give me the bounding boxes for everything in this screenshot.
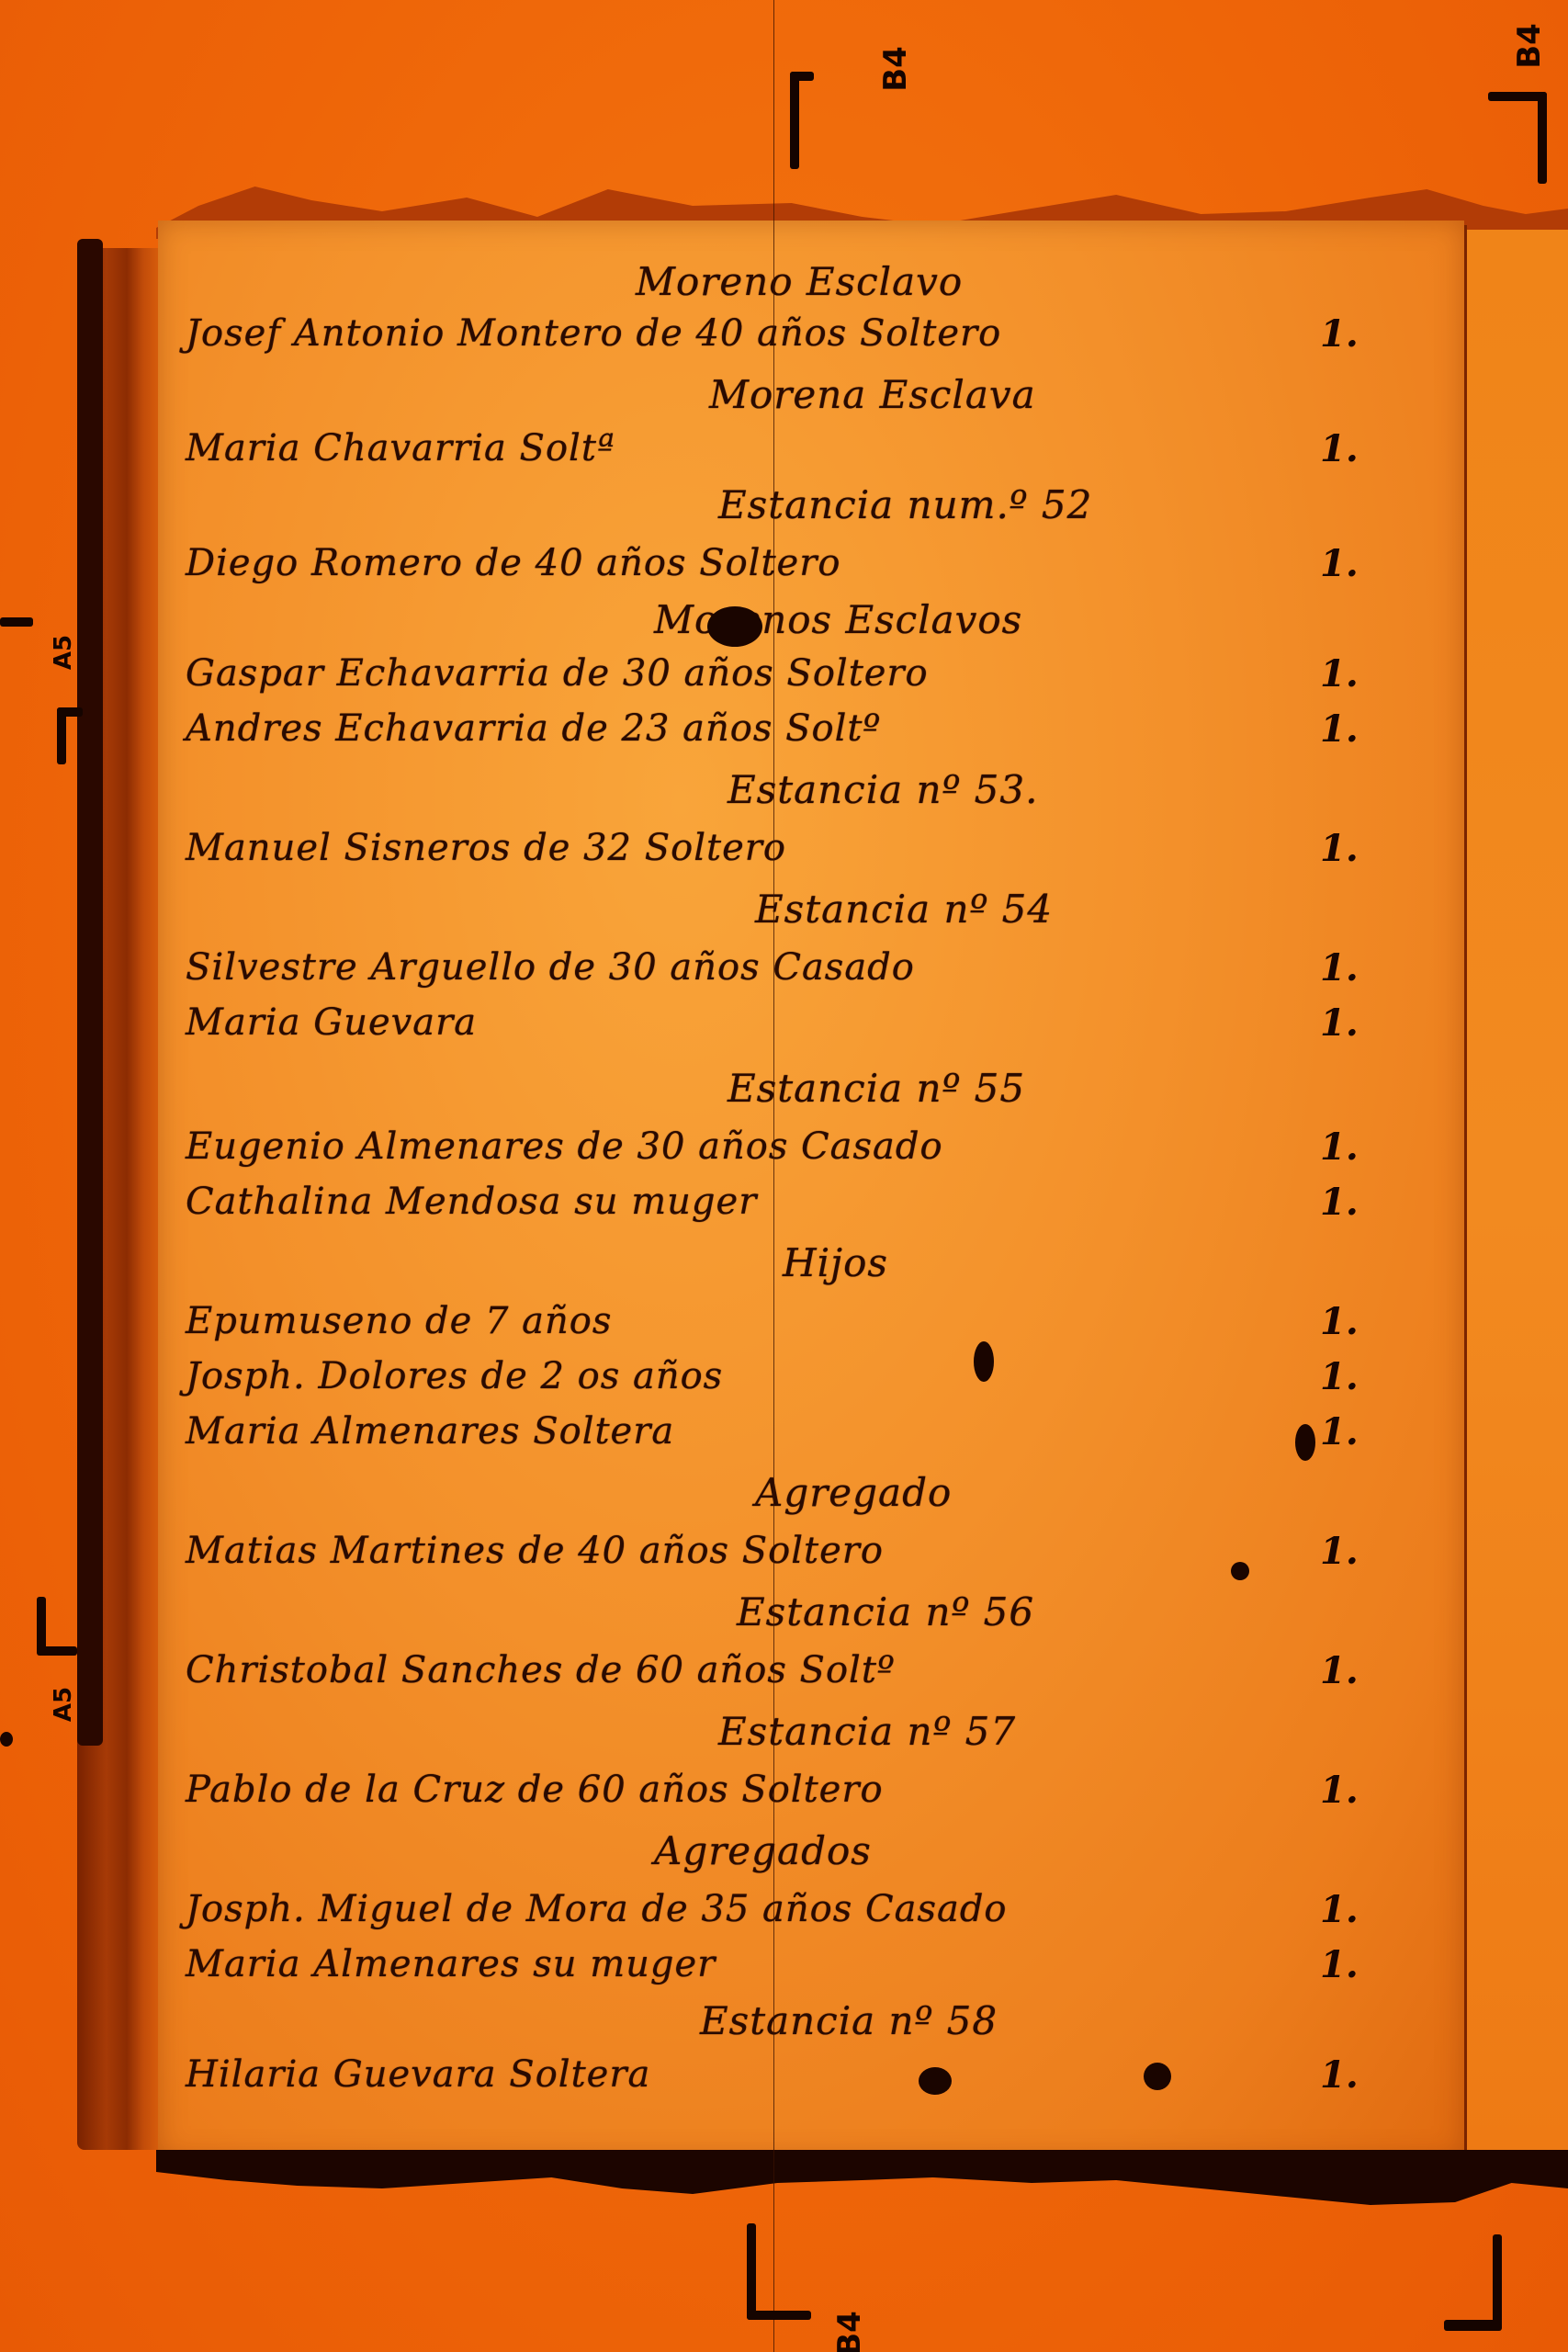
- census-entry: Epumuseno de 7 años: [186, 1300, 612, 1342]
- crop-mark: [57, 707, 66, 764]
- entry-count: 1.: [1320, 827, 1359, 870]
- entry-count: 1.: [1320, 1888, 1359, 1931]
- census-entry: Josph. Dolores de 2 os años: [186, 1355, 723, 1397]
- ink-blot: [974, 1341, 994, 1382]
- crop-mark: [37, 1597, 46, 1654]
- census-entry: Silvestre Arguello de 30 años Casado: [186, 946, 915, 989]
- frame-label-top-center: B4: [877, 46, 914, 92]
- section-heading: Estancia nº 57: [718, 1709, 1016, 1754]
- frame-label-left-upper: A5: [50, 635, 77, 670]
- census-entry: Christobal Sanches de 60 años Soltº: [186, 1649, 896, 1691]
- section-heading: Estancia nº 54: [755, 887, 1053, 932]
- frame-label-top-right: B4: [1511, 23, 1548, 69]
- census-entry: Andres Echavarria de 23 años Soltº: [186, 707, 881, 750]
- adjacent-page-edge: [1466, 230, 1568, 2159]
- census-entry: Eugenio Almenares de 30 años Casado: [186, 1125, 943, 1168]
- entry-count: 1.: [1320, 1355, 1359, 1398]
- census-entry: Matias Martines de 40 años Soltero: [186, 1530, 884, 1572]
- crop-mark: [37, 1646, 77, 1656]
- crop-mark: [1444, 2320, 1501, 2331]
- section-heading: Agregado: [755, 1470, 952, 1515]
- crop-mark: [747, 2311, 811, 2320]
- scan-center-line: [773, 0, 774, 2352]
- entry-count: 1.: [1320, 1649, 1359, 1692]
- entry-count: 1.: [1320, 946, 1359, 989]
- entry-count: 1.: [1320, 1300, 1359, 1343]
- entry-count: 1.: [1320, 427, 1359, 470]
- census-entry: Gaspar Echavarria de 30 años Soltero: [186, 652, 929, 695]
- section-heading: Estancia nº 55: [728, 1066, 1025, 1111]
- census-entry: Maria Almenares Soltera: [186, 1410, 674, 1453]
- crop-mark: [0, 617, 33, 627]
- entry-count: 1.: [1320, 1530, 1359, 1573]
- section-heading: Morena Esclava: [709, 372, 1036, 417]
- scanned-manuscript: Moreno EsclavoJosef Antonio Montero de 4…: [0, 0, 1568, 2352]
- entry-count: 1.: [1320, 1769, 1359, 1812]
- entry-count: 1.: [1320, 2053, 1359, 2097]
- section-heading: Moreno Esclavo: [636, 259, 963, 304]
- entry-count: 1.: [1320, 1181, 1359, 1224]
- section-heading: Estancia num.º 52: [718, 482, 1092, 527]
- section-heading: Hijos: [783, 1240, 888, 1285]
- entry-count: 1.: [1320, 542, 1359, 585]
- crop-mark: [747, 2223, 756, 2320]
- census-entry: Diego Romero de 40 años Soltero: [186, 542, 840, 584]
- entry-count: 1.: [1320, 1410, 1359, 1453]
- entry-count: 1.: [1320, 312, 1359, 356]
- section-heading: Estancia nº 58: [700, 1998, 998, 2043]
- census-entry: Maria Almenares su muger: [186, 1943, 716, 1985]
- census-entry: Manuel Sisneros de 32 Soltero: [186, 827, 786, 869]
- census-entry: Josph. Miguel de Mora de 35 años Casado: [186, 1888, 1008, 1930]
- section-heading: Agregados: [654, 1828, 872, 1873]
- entry-count: 1.: [1320, 1125, 1359, 1169]
- binding-shadow: [77, 239, 103, 1746]
- entry-count: 1.: [1320, 707, 1359, 751]
- ink-blot: [919, 2067, 952, 2095]
- crop-mark: [1538, 92, 1547, 184]
- census-entry: Hilaria Guevara Soltera: [186, 2053, 650, 2096]
- crop-mark: [790, 72, 799, 169]
- census-entry: Maria Guevara: [186, 1001, 477, 1044]
- census-entry: Pablo de la Cruz de 60 años Soltero: [186, 1769, 884, 1811]
- ink-blot: [1231, 1562, 1249, 1580]
- entry-count: 1.: [1320, 652, 1359, 695]
- census-entry: Josef Antonio Montero de 40 años Soltero: [186, 312, 1001, 355]
- page-fold-line: [1464, 225, 1467, 2159]
- entry-count: 1.: [1320, 1001, 1359, 1045]
- ink-blot: [1144, 2063, 1171, 2090]
- ink-blot: [1295, 1424, 1315, 1461]
- frame-label-left-lower: A5: [50, 1687, 77, 1722]
- manuscript-text: Moreno EsclavoJosef Antonio Montero de 4…: [158, 220, 1464, 2159]
- frame-label-bottom-center: B4: [831, 2311, 868, 2352]
- crop-mark: [1493, 2234, 1502, 2331]
- census-entry: Maria Chavarria Soltª: [186, 427, 615, 469]
- ink-blot: [0, 1732, 13, 1747]
- ink-blot: [707, 606, 762, 647]
- section-heading: Estancia nº 56: [737, 1589, 1034, 1634]
- census-entry: Cathalina Mendosa su muger: [186, 1181, 757, 1223]
- entry-count: 1.: [1320, 1943, 1359, 1986]
